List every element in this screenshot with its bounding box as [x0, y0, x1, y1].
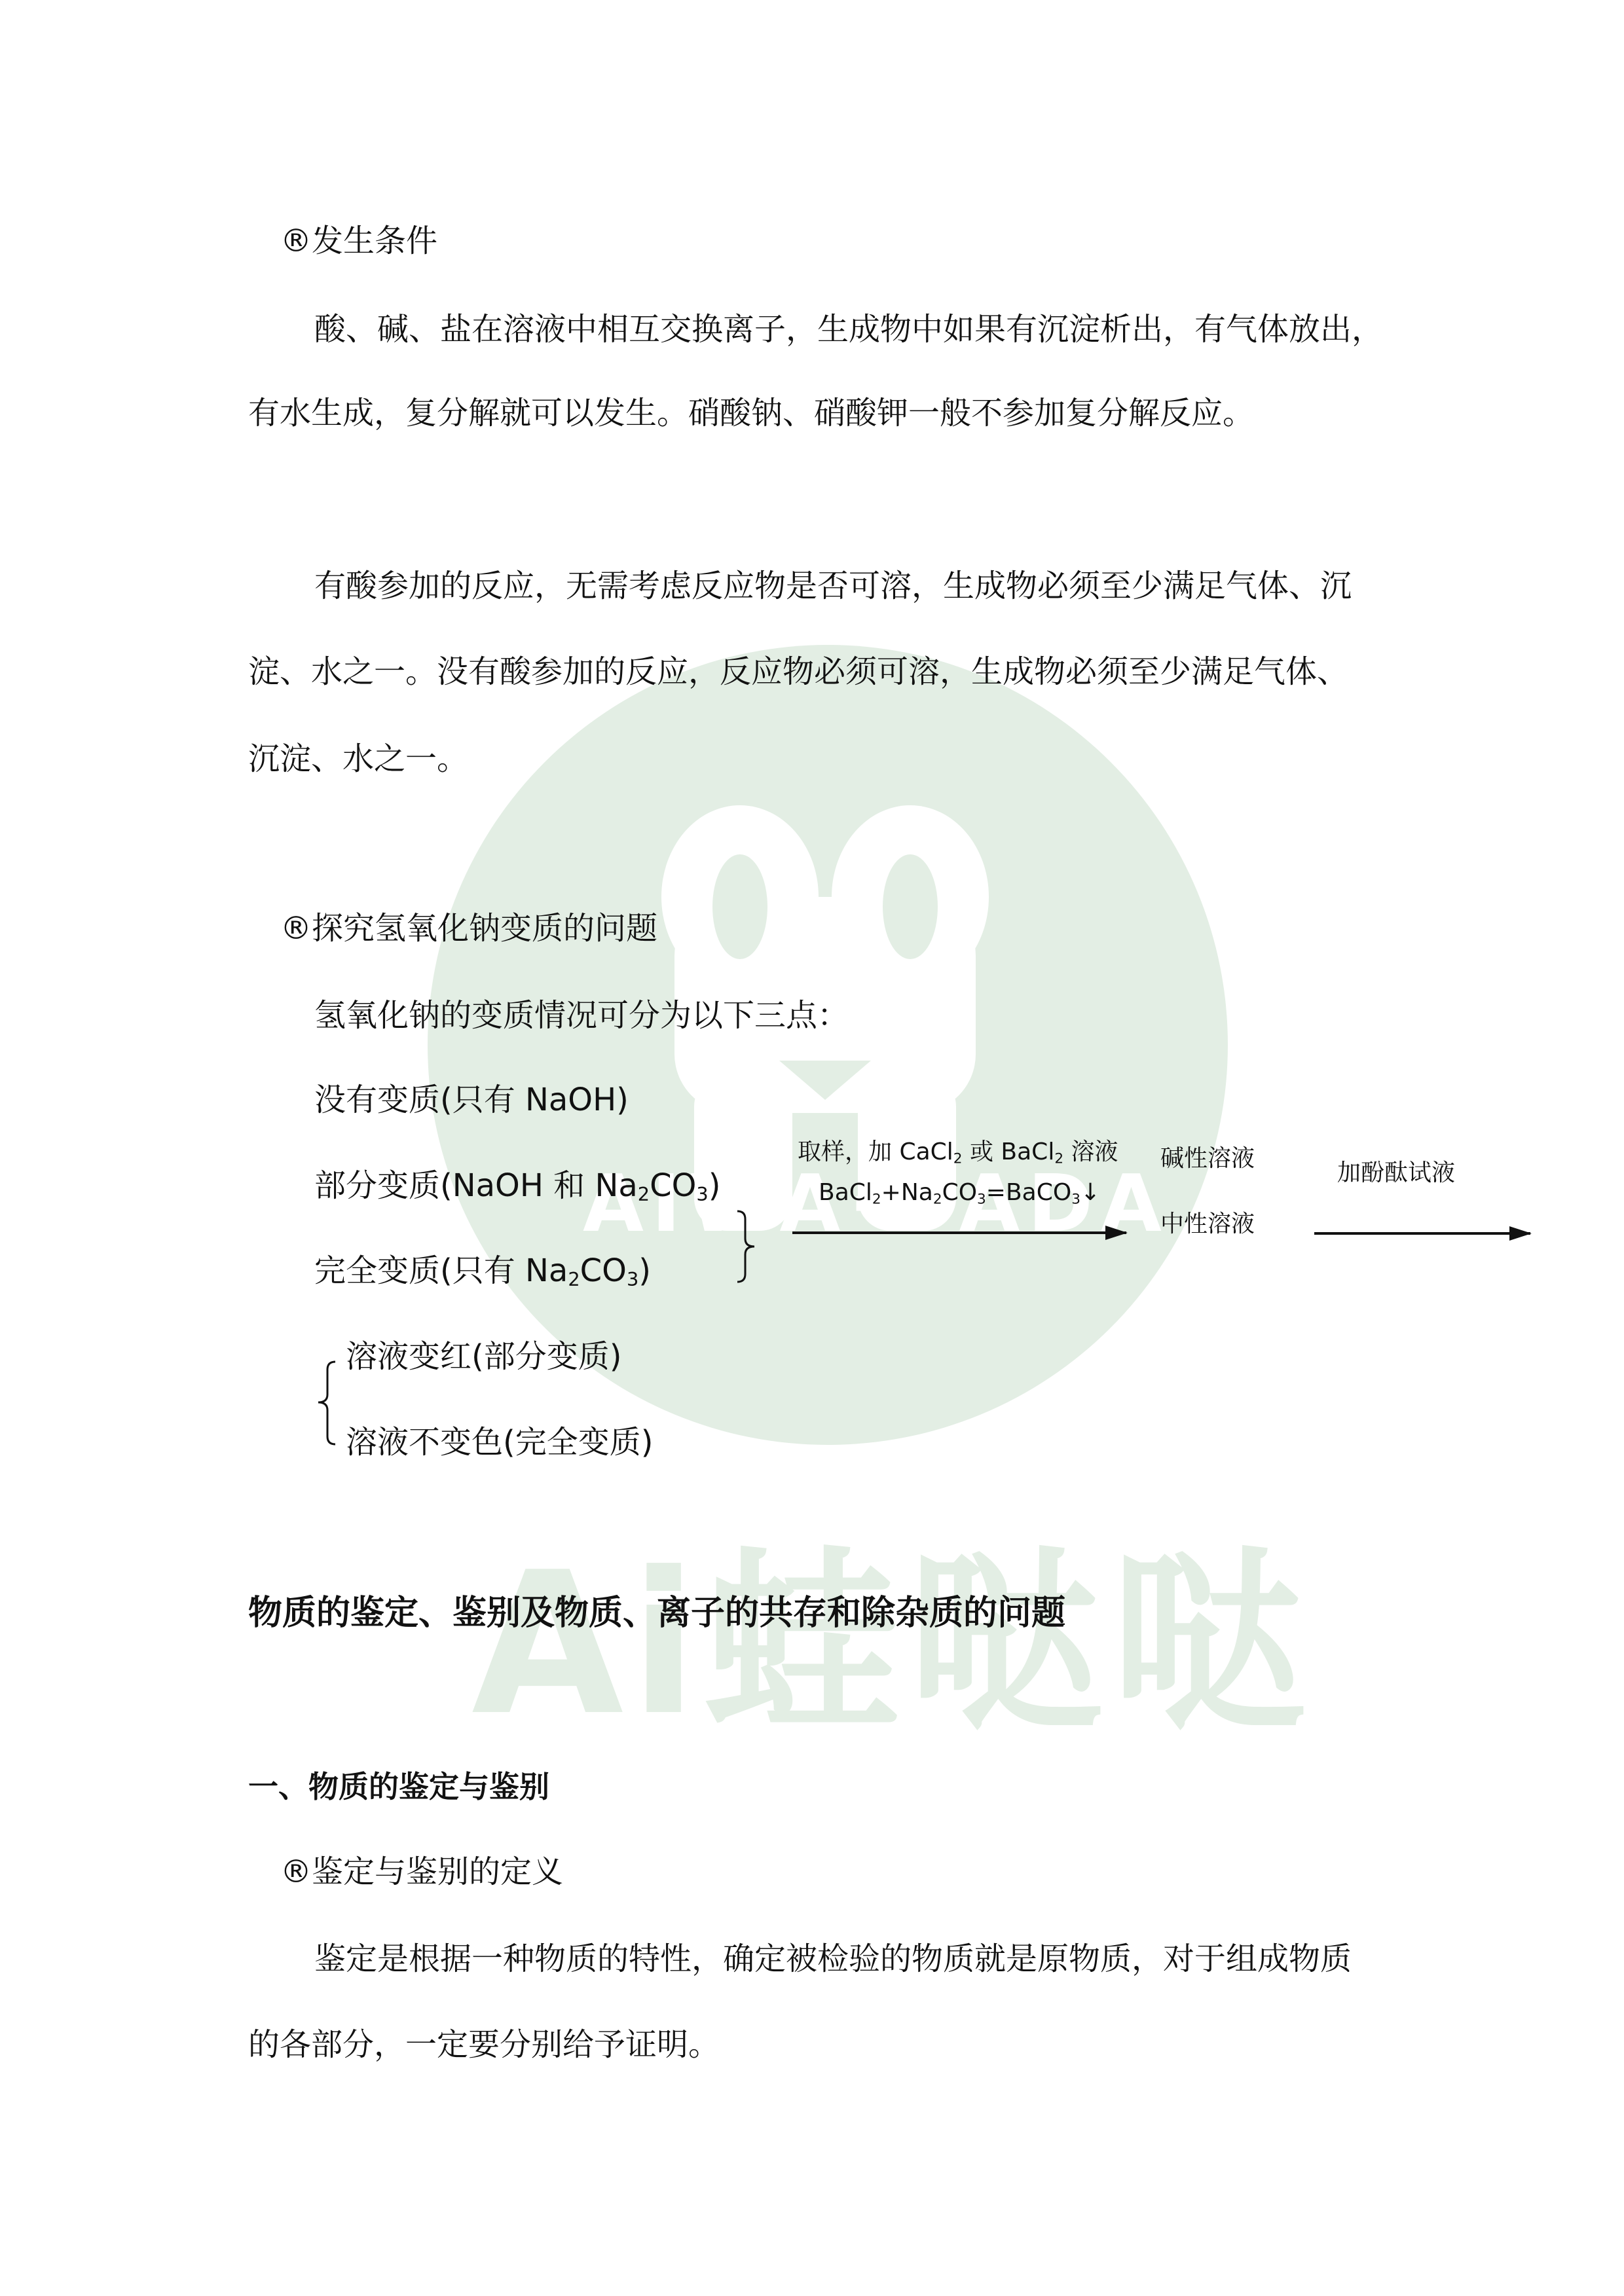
- step1-equation: BaCl2+Na2CO3=BaCO3↓: [819, 1178, 1100, 1207]
- step2-reagent-label: 加酚酞试液: [1337, 1159, 1455, 1188]
- step1-reagent-label: 取样，加 CaCl2 或 BaCl2 溶液: [798, 1138, 1118, 1167]
- section-title-naoh: ®探究氢氧化钠变质的问题: [280, 909, 657, 948]
- paragraph-line: 有酸参加的反应，无需考虑反应物是否可溶，生成物必须至少满足气体、沉: [314, 566, 1352, 606]
- paragraph-line: 的各部分，一定要分别给予证明。: [248, 2025, 720, 2064]
- watermark-circle: [428, 645, 1228, 1445]
- arrow-icon: [1314, 1232, 1530, 1235]
- result-alkaline: 碱性溶液: [1160, 1144, 1255, 1173]
- paragraph-line: 鉴定是根据一种物质的特性，确定被检验的物质就是原物质，对于组成物质: [314, 1939, 1352, 1978]
- case-item: 部分变质(NaOH 和 Na2CO3): [314, 1166, 720, 1205]
- arrow-icon: [792, 1231, 1126, 1234]
- case-item: 没有变质(只有 NaOH): [314, 1080, 629, 1120]
- result-red: 溶液变红(部分变质): [346, 1337, 621, 1376]
- subheading: 一、物质的鉴定与鉴别: [248, 1767, 549, 1806]
- paragraph-line: 酸、碱、盐在溶液中相互交换离子，生成物中如果有沉淀析出，有气体放出，: [314, 310, 1383, 349]
- section-title-definition: ®鉴定与鉴别的定义: [280, 1852, 563, 1891]
- left-brace-icon: [313, 1360, 339, 1446]
- right-brace-icon: [735, 1210, 761, 1283]
- result-neutral: 中性溶液: [1160, 1210, 1255, 1239]
- case-item: 完全变质(只有 Na2CO3): [314, 1251, 651, 1290]
- page-heading: 物质的鉴定、鉴别及物质、离子的共存和除杂质的问题: [248, 1594, 1065, 1633]
- intro-text: 氢氧化钠的变质情况可分为以下三点：: [314, 996, 849, 1035]
- paragraph-line: 淀、水之一。没有酸参加的反应，反应物必须可溶，生成物必须至少满足气体、: [248, 652, 1348, 691]
- section-title-conditions: ®发生条件: [280, 221, 437, 261]
- paragraph-line: 有水生成，复分解就可以发生。硝酸钠、硝酸钾一般不参加复分解反应。: [248, 393, 1254, 433]
- result-colorless: 溶液不变色(完全变质): [346, 1423, 653, 1462]
- paragraph-line: 沉淀、水之一。: [248, 739, 468, 778]
